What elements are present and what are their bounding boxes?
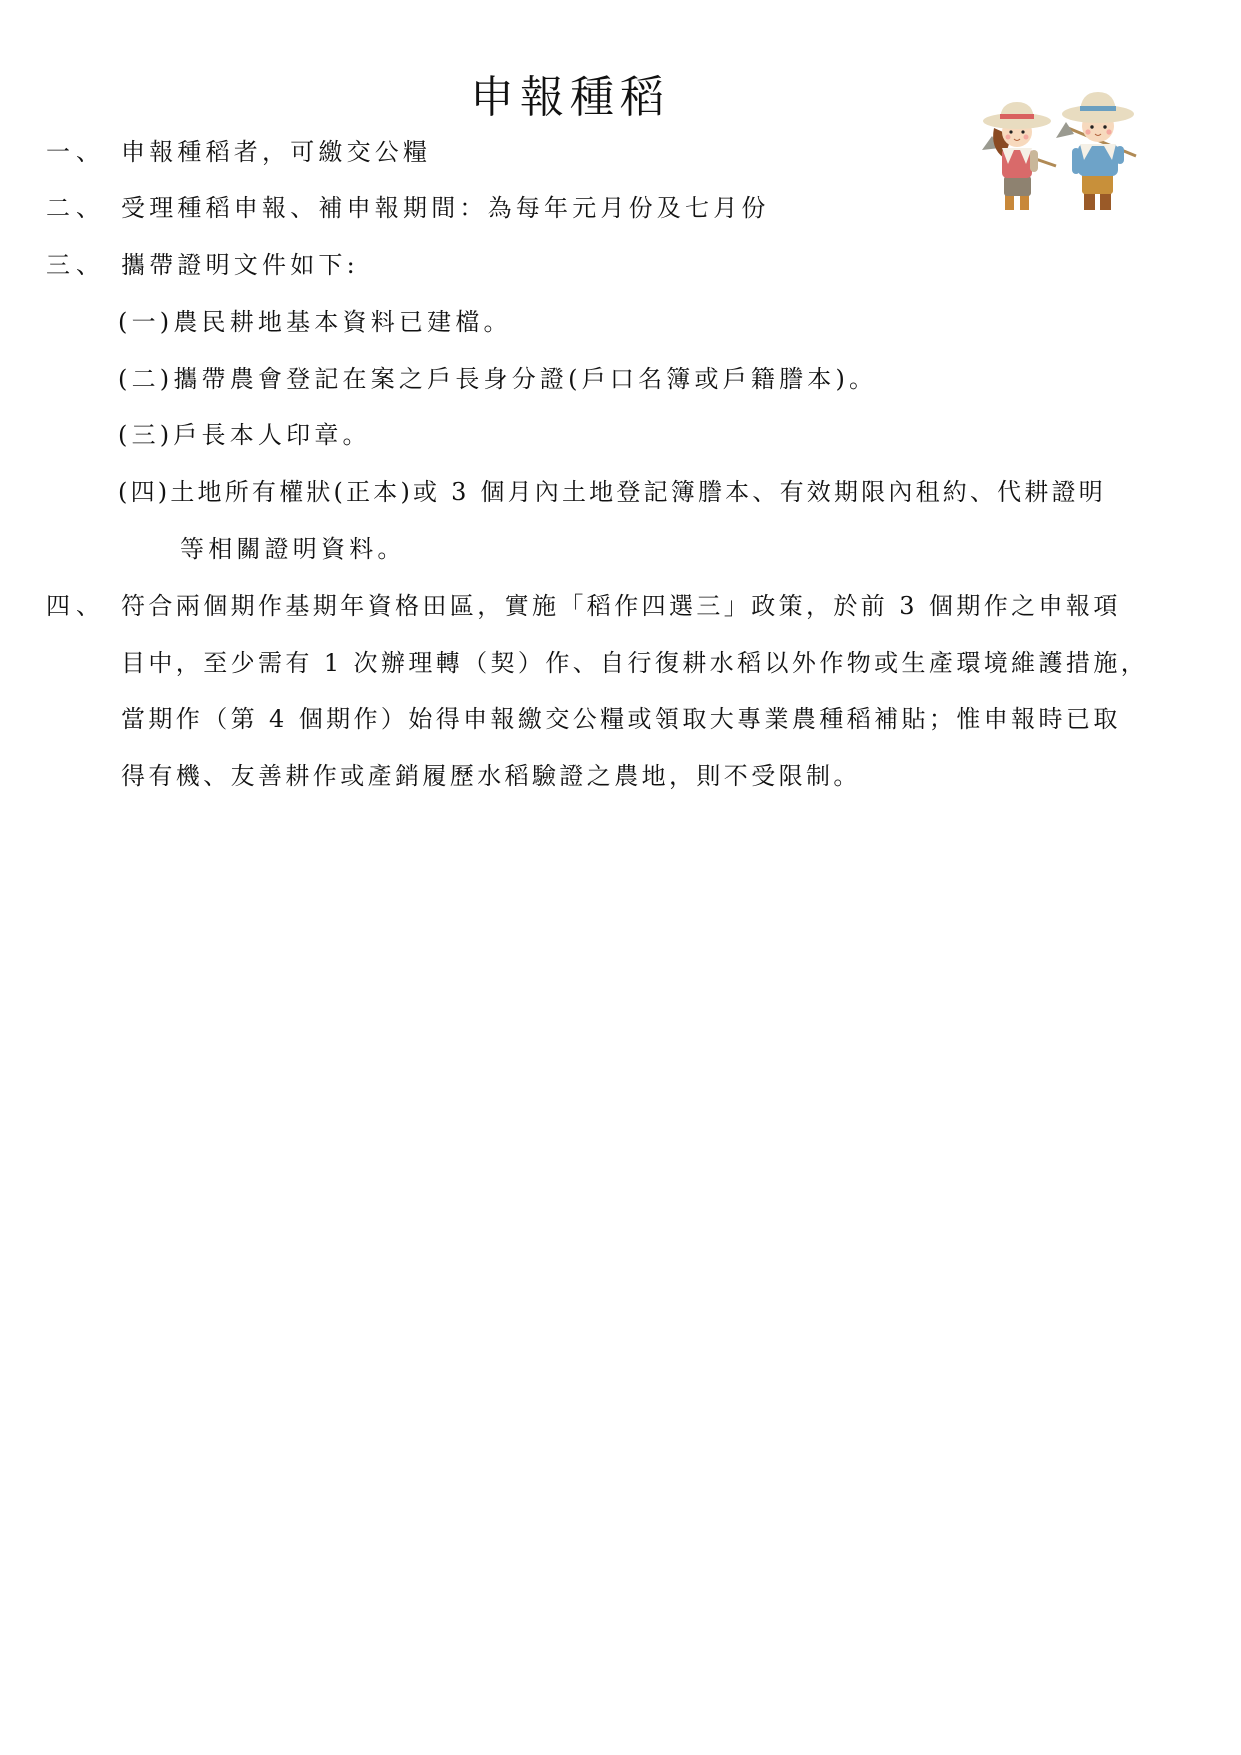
- subitem-1: (一)農民耕地基本資料已建檔。: [118, 306, 512, 338]
- section-number: 一、: [46, 136, 106, 168]
- section-text: 目中，至少需有 1 次辦理轉（契）作、自行復耕水稻以外作物或生產環境維護措施，: [121, 647, 1148, 679]
- section-text: 申報種稻者，可繳交公糧: [121, 136, 431, 168]
- section-text: 符合兩個期作基期年資格田區，實施「稻作四選三」政策，於前 3 個期作之申報項: [121, 590, 1121, 622]
- section-number: 四、: [46, 590, 106, 622]
- male-farmer-icon: [1056, 92, 1136, 210]
- subitem-4: (四)土地所有權狀(正本)或 3 個月內土地登記簿謄本、有效期限內租約、代耕證明: [118, 476, 1106, 508]
- section-number: 三、: [46, 249, 106, 281]
- farmers-illustration: [968, 76, 1168, 216]
- document-page: 申報種稻: [0, 0, 1241, 1755]
- subitem-3: (三)戶長本人印章。: [118, 419, 371, 451]
- section-text: 攜帶證明文件如下:: [121, 249, 359, 281]
- female-farmer-icon: [982, 102, 1056, 210]
- section-text: 得有機、友善耕作或產銷履歷水稻驗證之農地，則不受限制。: [121, 760, 861, 792]
- section-text: 受理種稻申報、補申報期間：為每年元月份及七月份: [121, 192, 770, 224]
- subitem-4-continued: 等相關證明資料。: [180, 533, 406, 565]
- section-text: 當期作（第 4 個期作）始得申報繳交公糧或領取大專業農種稻補貼；惟申報時已取: [121, 703, 1121, 735]
- subitem-2: (二)攜帶農會登記在案之戶長身分證(戶口名簿或戶籍謄本)。: [118, 363, 877, 395]
- section-number: 二、: [46, 192, 106, 224]
